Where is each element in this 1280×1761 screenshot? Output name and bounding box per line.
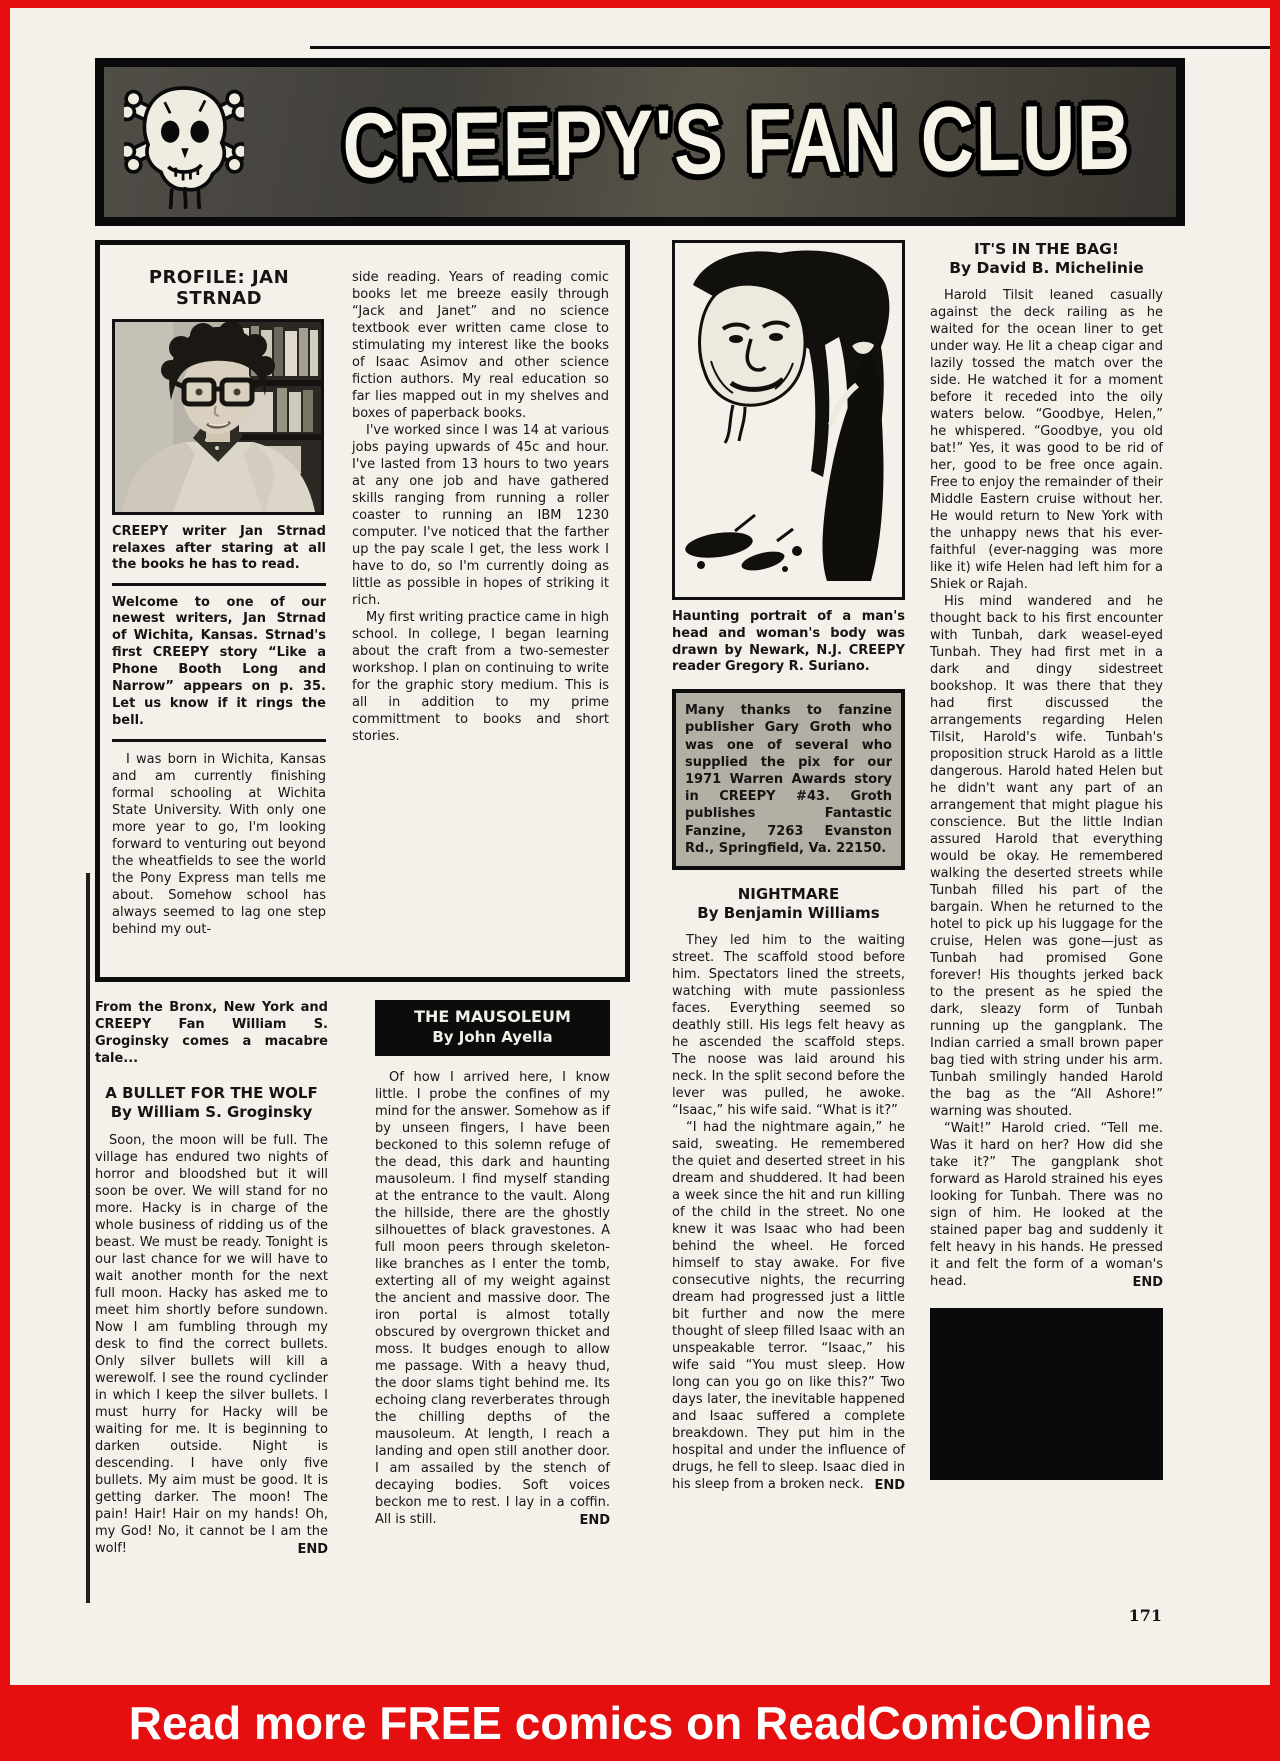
end-label: END <box>868 1478 905 1493</box>
nightmare-story: “I had the nightmare again,” he said, sw… <box>672 1119 905 1493</box>
bullet-story: Soon, the moon will be full. The village… <box>95 1132 328 1557</box>
nightmare-heading: NIGHTMARE By Benjamin Williams <box>672 885 905 923</box>
nightmare-title: NIGHTMARE <box>672 885 905 904</box>
bullet-story-byline: By William S. Groginsky <box>95 1103 328 1122</box>
groth-note-box: Many thanks to fanzine publisher Gary Gr… <box>672 689 905 870</box>
bag-story-p2: His mind wandered and he thought back to… <box>930 593 1163 1120</box>
man-head-woman-body-ink-illustration <box>672 240 905 600</box>
bag-story-byline: By David B. Michelinie <box>930 259 1163 278</box>
lower-left-row: From the Bronx, New York and CREEPY Fan … <box>95 1000 630 1557</box>
mausoleum-byline: By John Ayella <box>379 1027 606 1047</box>
bullet-story-title: A BULLET FOR THE WOLF <box>95 1084 328 1103</box>
profile-box: PROFILE: JAN STRNAD <box>95 240 630 982</box>
comic-page: CREEPY'S FAN CLUB PROFILE: JAN STRNAD <box>10 8 1270 1685</box>
profile-column-left: PROFILE: JAN STRNAD <box>112 265 326 965</box>
column-2-lower: THE MAUSOLEUM By John Ayella Of how I ar… <box>375 1000 610 1557</box>
mausoleum-story: Of how I arrived here, I know little. I … <box>375 1069 610 1528</box>
profile-heading: PROFILE: JAN STRNAD <box>112 267 326 309</box>
mausoleum-story-text: Of how I arrived here, I know little. I … <box>375 1069 610 1528</box>
bag-story-title: IT'S IN THE BAG! <box>930 240 1163 259</box>
divider-rule <box>112 739 326 742</box>
column-1-lower: From the Bronx, New York and CREEPY Fan … <box>95 1000 328 1557</box>
readcomiconline-banner[interactable]: Read more FREE comics on ReadComicOnline <box>0 1685 1280 1761</box>
bio-text-col-a: I was born in Wichita, Kansas and am cur… <box>112 751 326 938</box>
photo-caption: CREEPY writer Jan Strnad relaxes after s… <box>112 524 326 574</box>
nightmare-story-p2: “I had the nightmare again,” he said, sw… <box>672 1119 905 1493</box>
fan-club-header-banner: CREEPY'S FAN CLUB <box>95 58 1185 226</box>
bag-story-p1: Harold Tilsit leaned casually against th… <box>930 287 1163 593</box>
bag-story-p3: “Wait!” Harold cried. “Tell me. Was it h… <box>930 1120 1163 1290</box>
left-columns: PROFILE: JAN STRNAD <box>95 240 630 1557</box>
end-label: END <box>1126 1275 1163 1290</box>
mausoleum-heading: THE MAUSOLEUM By John Ayella <box>375 1000 610 1056</box>
page-number: 171 <box>1129 1606 1162 1625</box>
scan-artifact-line <box>310 46 1270 49</box>
bio-text-col-b-p3: My first writing practice came in high s… <box>352 609 609 745</box>
column-3: Haunting portrait of a man's head and wo… <box>672 240 905 1493</box>
bag-story: “Wait!” Harold cried. “Tell me. Was it h… <box>930 1120 1163 1290</box>
end-label: END <box>291 1542 328 1557</box>
welcome-note: Welcome to one of our newest writers, Ja… <box>112 595 326 730</box>
mausoleum-title: THE MAUSOLEUM <box>379 1007 606 1027</box>
scan-gutter-line <box>86 873 90 1603</box>
nightmare-byline: By Benjamin Williams <box>672 904 905 923</box>
bullet-story-text: Soon, the moon will be full. The village… <box>95 1132 328 1557</box>
skull-crossbones-icon <box>124 71 244 213</box>
fan-club-title: CREEPY'S FAN CLUB <box>342 85 1132 199</box>
profile-column-right: side reading. Years of reading comic boo… <box>352 265 609 965</box>
divider-rule <box>112 583 326 586</box>
bio-text-col-b-p2: I've worked since I was 14 at various jo… <box>352 422 609 609</box>
nightmare-story-p1: They led him to the waiting street. The … <box>672 932 905 1119</box>
bronx-intro: From the Bronx, New York and CREEPY Fan … <box>95 1000 328 1068</box>
comic-reader-viewport: { "header": { "title": "CREEPY'S FAN CLU… <box>0 0 1280 1761</box>
end-label: END <box>573 1513 610 1528</box>
column-4: IT'S IN THE BAG! By David B. Michelinie … <box>930 240 1163 1480</box>
page-content: PROFILE: JAN STRNAD <box>10 240 1270 1557</box>
jan-strnad-photo <box>112 319 324 515</box>
bag-story-heading: IT'S IN THE BAG! By David B. Michelinie <box>930 240 1163 278</box>
bullet-story-heading: A BULLET FOR THE WOLF By William S. Grog… <box>95 1084 328 1122</box>
illustration-caption: Haunting portrait of a man's head and wo… <box>672 609 905 676</box>
bio-text-col-b-p1: side reading. Years of reading comic boo… <box>352 269 609 422</box>
banner-link-text[interactable]: Read more FREE comics on ReadComicOnline <box>129 1696 1151 1750</box>
black-filler-box <box>930 1308 1163 1480</box>
